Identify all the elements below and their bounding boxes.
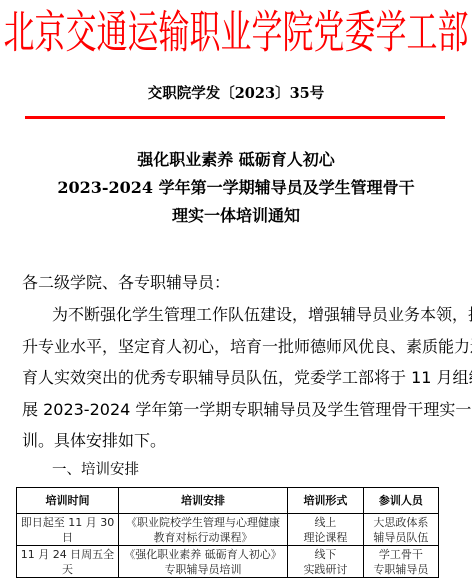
cell-line: 专职辅导员 bbox=[366, 562, 436, 577]
cell-line: 教育对标行动课程》 bbox=[121, 530, 285, 545]
cell-line: 辅导员队伍 bbox=[366, 530, 436, 545]
column-header-arrangement: 培训安排 bbox=[118, 488, 287, 514]
paragraph-line: 展 2023-2024 学年第一学期专职辅导员及学生管理骨干理实一体培 bbox=[22, 399, 442, 431]
cell-line: 理论课程 bbox=[290, 530, 361, 545]
schedule-table: 培训时间 培训安排 培训形式 参训人员 即日起至 11 月 30 日 《职业院校… bbox=[16, 487, 439, 578]
paragraph-line: 为不断强化学生管理工作队伍建设，增强辅导员业务本领，提 bbox=[22, 304, 442, 336]
section-heading: 一、培训安排 bbox=[52, 459, 139, 481]
salutation: 各二级学院、各专职辅导员： bbox=[22, 272, 230, 294]
cell-line: 《强化职业素养 砥砺育人初心》 bbox=[121, 547, 285, 562]
red-divider-rule bbox=[25, 116, 445, 119]
paragraph-line: 升专业水平，坚定育人初心，培育一批师德师风优良、素质能力过硬、 bbox=[22, 336, 442, 368]
cell-line: 线下 bbox=[290, 547, 361, 562]
cell-format: 线下 实践研讨 bbox=[288, 546, 364, 578]
paragraph-line: 育人实效突出的优秀专职辅导员队伍，党委学工部将于 11 月组织开 bbox=[22, 367, 442, 399]
cell-arrangement: 《职业院校学生管理与心理健康 教育对标行动课程》 bbox=[118, 514, 287, 546]
column-header-time: 培训时间 bbox=[17, 488, 119, 514]
cell-line: 实践研讨 bbox=[290, 562, 361, 577]
cell-line: 大思政体系 bbox=[366, 515, 436, 530]
column-header-participants: 参训人员 bbox=[363, 488, 438, 514]
cell-time: 即日起至 11 月 30 日 bbox=[17, 514, 119, 546]
title-line-2: 2023-2024 学年第一学期辅导员及学生管理骨干 bbox=[0, 177, 472, 199]
cell-time: 11 月 24 日周五全天 bbox=[17, 546, 119, 578]
cell-line: 学工骨干 bbox=[366, 547, 436, 562]
table-header-row: 培训时间 培训安排 培训形式 参训人员 bbox=[17, 488, 439, 514]
document-number: 交职院学发〔2023〕35号 bbox=[0, 84, 472, 104]
organization-header: 北京交通运输职业学院党委学工部 bbox=[0, 4, 472, 62]
title-line-1: 强化职业素养 砥砺育人初心 bbox=[0, 149, 472, 171]
body-paragraph: 为不断强化学生管理工作队伍建设，增强辅导员业务本领，提 升专业水平，坚定育人初心… bbox=[22, 304, 442, 462]
cell-participants: 大思政体系 辅导员队伍 bbox=[363, 514, 438, 546]
cell-line: 《职业院校学生管理与心理健康 bbox=[121, 515, 285, 530]
cell-arrangement: 《强化职业素养 砥砺育人初心》 专职辅导员培训 bbox=[118, 546, 287, 578]
column-header-format: 培训形式 bbox=[288, 488, 364, 514]
table-row: 即日起至 11 月 30 日 《职业院校学生管理与心理健康 教育对标行动课程》 … bbox=[17, 514, 439, 546]
cell-format: 线上 理论课程 bbox=[288, 514, 364, 546]
cell-participants: 学工骨干 专职辅导员 bbox=[363, 546, 438, 578]
table-row: 11 月 24 日周五全天 《强化职业素养 砥砺育人初心》 专职辅导员培训 线下… bbox=[17, 546, 439, 578]
cell-line: 线上 bbox=[290, 515, 361, 530]
paragraph-line: 训。具体安排如下。 bbox=[22, 430, 442, 462]
cell-line: 专职辅导员培训 bbox=[121, 562, 285, 577]
title-line-3: 理实一体培训通知 bbox=[0, 205, 472, 227]
